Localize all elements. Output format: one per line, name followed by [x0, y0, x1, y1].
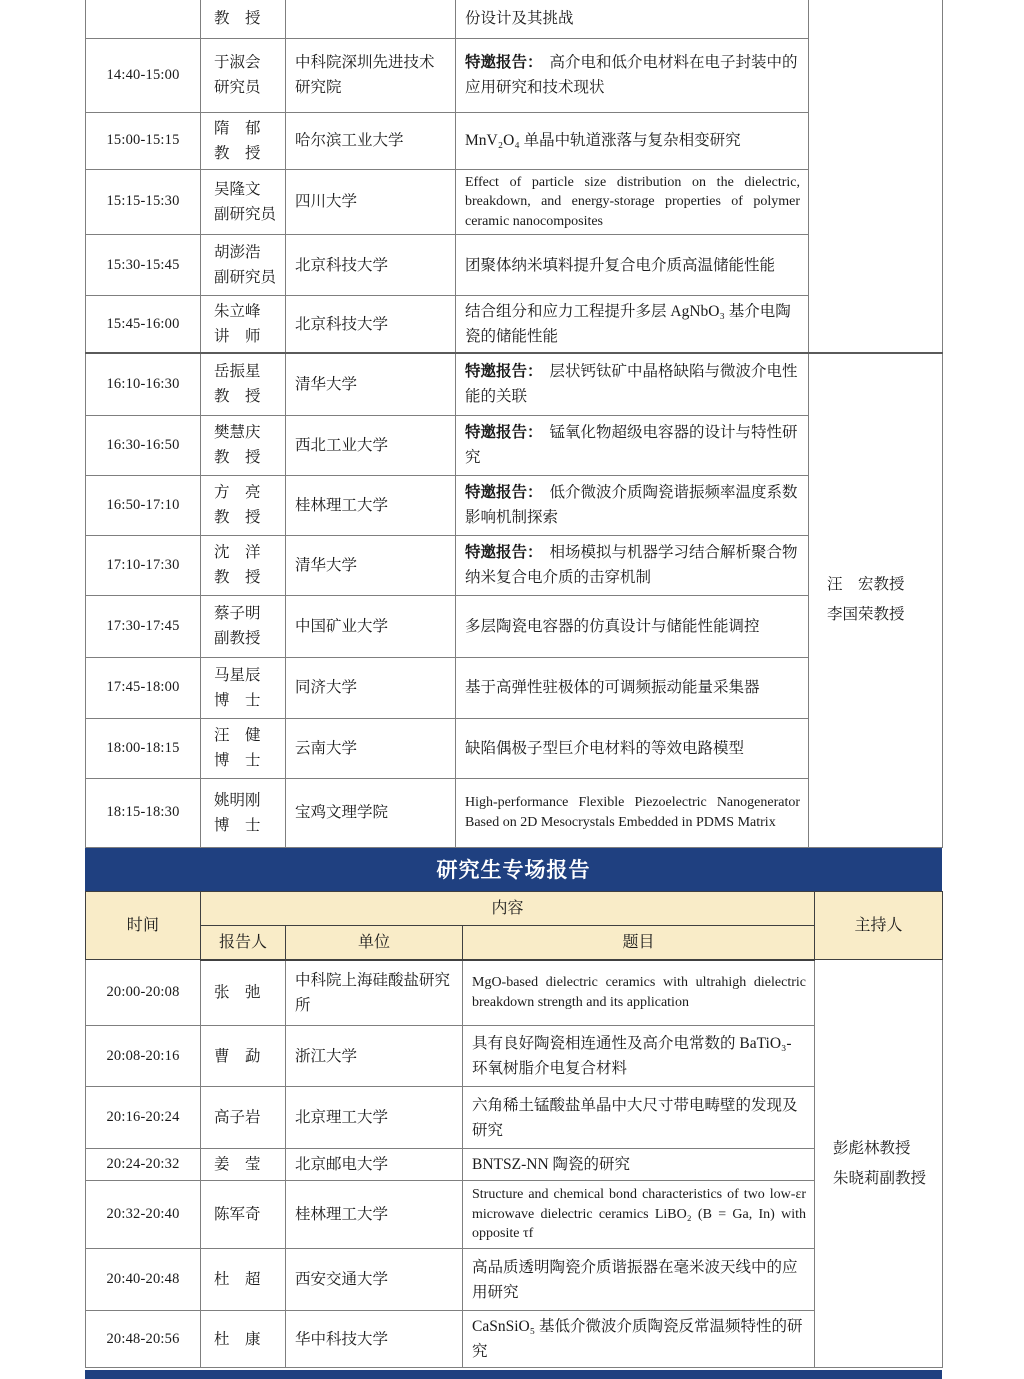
- talk-title: MgO-based dielectric ceramics with ultra…: [472, 975, 806, 1010]
- chair-cell-block2: 汪 宏教授 李国荣教授: [809, 353, 943, 847]
- invited-talk-label: 特邀报告：: [465, 544, 543, 561]
- title-cell: 多层陶瓷电容器的仿真设计与储能性能调控: [456, 595, 809, 657]
- header-content: 内容: [201, 891, 815, 925]
- unit-cell: 桂林理工大学: [286, 1181, 463, 1249]
- invited-talk-label: 特邀报告：: [465, 363, 543, 380]
- speaker-title: 教 授: [214, 384, 279, 409]
- speaker-cell: 陈军奇: [201, 1181, 286, 1249]
- talk-title: 六角稀土锰酸盐单晶中大尺寸带电畴壁的发现及研究: [472, 1097, 798, 1139]
- time-cell: 16:10-16:30: [86, 353, 201, 415]
- time-cell: 15:00-15:15: [86, 112, 201, 169]
- time-cell: 18:00-18:15: [86, 718, 201, 778]
- speaker-name: 于淑会: [214, 50, 279, 75]
- chair-cell-block1: [809, 0, 943, 353]
- speaker-cell: 教 授: [201, 0, 286, 38]
- speaker-name: 蔡子明: [214, 601, 279, 626]
- speaker-cell: 马星辰 博 士: [201, 657, 286, 718]
- speaker-cell: 姜 莹: [201, 1149, 286, 1181]
- header-unit: 单位: [286, 925, 463, 960]
- time-cell: [86, 0, 201, 38]
- speaker-name: 姜 莹: [214, 1152, 279, 1177]
- title-cell: 六角稀土锰酸盐单晶中大尺寸带电畴壁的发现及研究: [463, 1087, 815, 1149]
- speaker-cell: 岳振星 教 授: [201, 353, 286, 415]
- title-cell: 特邀报告：低介微波介质陶瓷谐振频率温度系数影响机制探索: [456, 475, 809, 535]
- title-cell: BNTSZ-NN 陶瓷的研究: [463, 1149, 815, 1181]
- title-cell: 特邀报告：相场模拟与机器学习结合解析聚合物纳米复合电介质的击穿机制: [456, 535, 809, 595]
- talk-title: CaSnSiO₅ 基低介微波介质陶瓷反常温频特性的研究: [472, 1318, 803, 1360]
- time-cell: 16:50-17:10: [86, 475, 201, 535]
- talk-title: BNTSZ-NN 陶瓷的研究: [472, 1156, 630, 1173]
- title-cell: 团聚体纳米填料提升复合电介质高温储能性能: [456, 235, 809, 296]
- time-cell: 15:15-15:30: [86, 169, 201, 235]
- title-cell: 特邀报告：高介电和低介电材料在电子封装中的应用研究和技术现状: [456, 38, 809, 112]
- speaker-name: 姚明刚: [214, 788, 279, 813]
- speaker-name: 曹 勐: [214, 1044, 279, 1069]
- speaker-name: 高子岩: [214, 1105, 279, 1130]
- table-row: 20:16-20:24 高子岩 北京理工大学 六角稀土锰酸盐单晶中大尺寸带电畴壁…: [86, 1087, 943, 1149]
- program-page: 教 授 份设计及其挑战 14:40-15:00 于淑会 研究员 中科院深圳先进技…: [85, 0, 942, 1368]
- speaker-cell: 于淑会 研究员: [201, 38, 286, 112]
- speaker-cell: 方 亮 教 授: [201, 475, 286, 535]
- unit-cell: 宝鸡文理学院: [286, 778, 456, 847]
- talk-title: 高品质透明陶瓷介质谐振器在毫米波天线中的应用研究: [472, 1259, 798, 1301]
- unit-cell: 中国矿业大学: [286, 595, 456, 657]
- unit-cell: 同济大学: [286, 657, 456, 718]
- title-cell: MgO-based dielectric ceramics with ultra…: [463, 960, 815, 1026]
- speaker-name: 岳振星: [214, 359, 279, 384]
- unit-cell: 哈尔滨工业大学: [286, 112, 456, 169]
- unit-cell: 桂林理工大学: [286, 475, 456, 535]
- title-cell: Effect of particle size distribution on …: [456, 169, 809, 235]
- title-cell: MnV₂O₄ 单晶中轨道涨落与复杂相变研究: [456, 112, 809, 169]
- talk-title: MnV₂O₄ 单晶中轨道涨落与复杂相变研究: [465, 132, 741, 149]
- speaker-cell: 朱立峰 讲 师: [201, 296, 286, 354]
- chair-name: 朱晓莉副教授: [833, 1164, 936, 1194]
- title-cell: 特邀报告：锰氧化物超级电容器的设计与特性研究: [456, 415, 809, 475]
- time-cell: 20:00-20:08: [86, 960, 201, 1026]
- speaker-title: 副研究员: [214, 265, 279, 290]
- chair-name: 李国荣教授: [827, 600, 936, 630]
- table-header-row: 时间 内容 主持人: [86, 891, 943, 925]
- speaker-title: 讲 师: [214, 324, 279, 349]
- speaker-cell: 隋 郁 教 授: [201, 112, 286, 169]
- title-cell: 特邀报告：层状钙钛矿中晶格缺陷与微波介电性能的关联: [456, 353, 809, 415]
- unit-cell: 四川大学: [286, 169, 456, 235]
- header-speaker: 报告人: [201, 925, 286, 960]
- time-cell: 17:45-18:00: [86, 657, 201, 718]
- title-cell: Structure and chemical bond characterist…: [463, 1181, 815, 1249]
- chair-cell-grad: 彭彪林教授 朱晓莉副教授: [815, 960, 943, 1368]
- speaker-title: 博 士: [214, 813, 279, 838]
- speaker-cell: 姚明刚 博 士: [201, 778, 286, 847]
- title-cell: High-performance Flexible Piezoelectric …: [456, 778, 809, 847]
- unit-cell: 清华大学: [286, 353, 456, 415]
- invited-talk-label: 特邀报告：: [465, 54, 543, 71]
- time-cell: 20:40-20:48: [86, 1249, 201, 1311]
- header-chair: 主持人: [815, 891, 943, 960]
- talk-title: Effect of particle size distribution on …: [465, 175, 800, 229]
- title-cell: 高品质透明陶瓷介质谐振器在毫米波天线中的应用研究: [463, 1249, 815, 1311]
- speaker-name: 陈军奇: [214, 1202, 279, 1227]
- speaker-cell: 蔡子明 副教授: [201, 595, 286, 657]
- table-subheader-row: 报告人 单位 题目: [86, 925, 943, 960]
- time-cell: 20:32-20:40: [86, 1181, 201, 1249]
- talk-title: Structure and chemical bond characterist…: [472, 1187, 806, 1241]
- table-row: 20:40-20:48 杜 超 西安交通大学 高品质透明陶瓷介质谐振器在毫米波天…: [86, 1249, 943, 1311]
- unit-cell: 浙江大学: [286, 1026, 463, 1087]
- title-cell: 缺陷偶极子型巨介电材料的等效电路模型: [456, 718, 809, 778]
- talk-title: 具有良好陶瓷相连通性及高介电常数的 BaTiO₃-环氧树脂介电复合材料: [472, 1035, 792, 1077]
- section-banner: 研究生专场报告: [85, 848, 942, 891]
- speaker-name: 朱立峰: [214, 299, 279, 324]
- speaker-cell: 杜 康: [201, 1311, 286, 1368]
- unit-cell: 西北工业大学: [286, 415, 456, 475]
- speaker-name: 汪 健: [214, 723, 279, 748]
- speaker-title: 博 士: [214, 748, 279, 773]
- graduate-session-table: 时间 内容 主持人 报告人 单位 题目 20:00-20:08 张 弛 中科院上…: [85, 891, 943, 1369]
- speaker-cell: 高子岩: [201, 1087, 286, 1149]
- unit-cell: 华中科技大学: [286, 1311, 463, 1368]
- speaker-title: 副研究员: [214, 202, 279, 227]
- unit-cell: 清华大学: [286, 535, 456, 595]
- speaker-cell: 沈 洋 教 授: [201, 535, 286, 595]
- chair-name: 汪 宏教授: [827, 570, 936, 600]
- title-cell: 结合组分和应力工程提升多层 AgNbO₃ 基介电陶瓷的储能性能: [456, 296, 809, 354]
- speaker-cell: 吴隆文 副研究员: [201, 169, 286, 235]
- title-cell: 具有良好陶瓷相连通性及高介电常数的 BaTiO₃-环氧树脂介电复合材料: [463, 1026, 815, 1087]
- speaker-name: 杜 超: [214, 1267, 279, 1292]
- time-cell: 18:15-18:30: [86, 778, 201, 847]
- unit-cell: 中科院上海硅酸盐研究所: [286, 960, 463, 1026]
- header-title: 题目: [463, 925, 815, 960]
- speaker-title: 教 授: [214, 505, 279, 530]
- table-row: 20:08-20:16 曹 勐 浙江大学 具有良好陶瓷相连通性及高介电常数的 B…: [86, 1026, 943, 1087]
- speaker-title: 研究员: [214, 75, 279, 100]
- talk-title: High-performance Flexible Piezoelectric …: [465, 795, 800, 830]
- invited-talk-label: 特邀报告：: [465, 484, 543, 501]
- speaker-cell: 樊慧庆 教 授: [201, 415, 286, 475]
- talk-title: 缺陷偶极子型巨介电材料的等效电路模型: [465, 740, 744, 757]
- time-cell: 20:16-20:24: [86, 1087, 201, 1149]
- speaker-name: 樊慧庆: [214, 420, 279, 445]
- speaker-name: 吴隆文: [214, 177, 279, 202]
- title-cell: 份设计及其挑战: [456, 0, 809, 38]
- talk-title: 基于高弹性驻极体的可调频振动能量采集器: [465, 679, 760, 696]
- afternoon-session-table: 教 授 份设计及其挑战 14:40-15:00 于淑会 研究员 中科院深圳先进技…: [85, 0, 943, 848]
- speaker-name: 胡澎浩: [214, 240, 279, 265]
- speaker-title: 教 授: [214, 6, 279, 31]
- next-section-banner-sliver: [85, 1370, 942, 1379]
- table-row: 20:32-20:40 陈军奇 桂林理工大学 Structure and che…: [86, 1181, 943, 1249]
- section-banner-label: 研究生专场报告: [437, 854, 591, 884]
- speaker-title: 副教授: [214, 626, 279, 651]
- table-row: 教 授 份设计及其挑战: [86, 0, 943, 38]
- unit-cell: [286, 0, 456, 38]
- talk-title: 多层陶瓷电容器的仿真设计与储能性能调控: [465, 618, 760, 635]
- speaker-cell: 杜 超: [201, 1249, 286, 1311]
- unit-cell: 北京邮电大学: [286, 1149, 463, 1181]
- speaker-name: 沈 洋: [214, 540, 279, 565]
- table-row: 20:24-20:32 姜 莹 北京邮电大学 BNTSZ-NN 陶瓷的研究: [86, 1149, 943, 1181]
- time-cell: 15:45-16:00: [86, 296, 201, 354]
- time-cell: 14:40-15:00: [86, 38, 201, 112]
- speaker-cell: 张 弛: [201, 960, 286, 1026]
- time-cell: 17:10-17:30: [86, 535, 201, 595]
- time-cell: 16:30-16:50: [86, 415, 201, 475]
- speaker-title: 教 授: [214, 141, 279, 166]
- table-row: 16:10-16:30 岳振星 教 授 清华大学 特邀报告：层状钙钛矿中晶格缺陷…: [86, 353, 943, 415]
- title-cell: CaSnSiO₅ 基低介微波介质陶瓷反常温频特性的研究: [463, 1311, 815, 1368]
- header-time: 时间: [86, 891, 201, 960]
- speaker-cell: 胡澎浩 副研究员: [201, 235, 286, 296]
- table-row: 20:00-20:08 张 弛 中科院上海硅酸盐研究所 MgO-based di…: [86, 960, 943, 1026]
- speaker-name: 张 弛: [214, 980, 279, 1005]
- unit-cell: 西安交通大学: [286, 1249, 463, 1311]
- speaker-name: 方 亮: [214, 480, 279, 505]
- unit-cell: 北京理工大学: [286, 1087, 463, 1149]
- speaker-cell: 汪 健 博 士: [201, 718, 286, 778]
- chair-name: 彭彪林教授: [833, 1134, 936, 1164]
- unit-cell: 北京科技大学: [286, 235, 456, 296]
- unit-cell: 中科院深圳先进技术研究院: [286, 38, 456, 112]
- speaker-title: 教 授: [214, 565, 279, 590]
- unit-cell: 北京科技大学: [286, 296, 456, 354]
- talk-title: 份设计及其挑战: [465, 10, 574, 27]
- time-cell: 20:24-20:32: [86, 1149, 201, 1181]
- talk-title: 结合组分和应力工程提升多层 AgNbO₃ 基介电陶瓷的储能性能: [465, 303, 791, 345]
- time-cell: 15:30-15:45: [86, 235, 201, 296]
- speaker-name: 杜 康: [214, 1327, 279, 1352]
- speaker-title: 教 授: [214, 445, 279, 470]
- time-cell: 20:48-20:56: [86, 1311, 201, 1368]
- title-cell: 基于高弹性驻极体的可调频振动能量采集器: [456, 657, 809, 718]
- unit-cell: 云南大学: [286, 718, 456, 778]
- time-cell: 20:08-20:16: [86, 1026, 201, 1087]
- invited-talk-label: 特邀报告：: [465, 424, 543, 441]
- speaker-title: 博 士: [214, 688, 279, 713]
- time-cell: 17:30-17:45: [86, 595, 201, 657]
- speaker-name: 马星辰: [214, 663, 279, 688]
- talk-title: 团聚体纳米填料提升复合电介质高温储能性能: [465, 257, 775, 274]
- table-row: 20:48-20:56 杜 康 华中科技大学 CaSnSiO₅ 基低介微波介质陶…: [86, 1311, 943, 1368]
- speaker-name: 隋 郁: [214, 116, 279, 141]
- speaker-cell: 曹 勐: [201, 1026, 286, 1087]
